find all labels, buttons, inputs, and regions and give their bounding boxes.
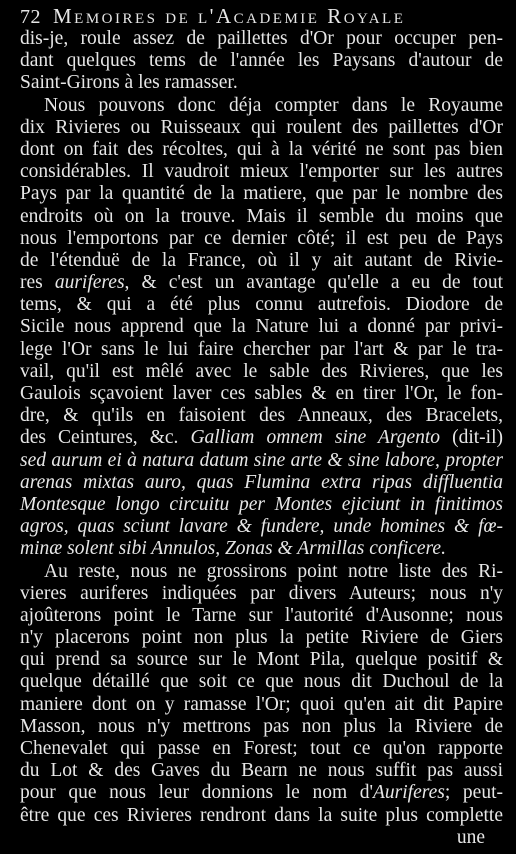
text-line: Pays par la quantité de la matiere, que … [20,183,503,205]
text-line: considérables. Il vaudroit mieux l'empor… [20,161,503,183]
text-line: Sicile nous apprend que la Nature lui a … [20,316,503,338]
text-line: ajoûterons point le Tarne sur l'autorité… [20,605,503,627]
text-line: dis-je, roule assez de paillettes d'Or p… [20,28,503,50]
text-line: nous l'emportons par ce dernier côté; il… [20,228,503,250]
text-line: dont on fait des récoltes, qui à la véri… [20,139,503,161]
text-line: endroits où on la trouve. Mais il semble… [20,206,503,228]
text-line: pour que nous leur donnions le nom d'Aur… [20,782,503,804]
text-line: n'y placerons point non plus la petite R… [20,627,503,649]
text-line: des Ceintures, &c. Galliam omnem sine Ar… [20,427,503,449]
page-header: 72 Memoires de l'Academie Royale [20,4,503,28]
text-line: arenas mixtas auro, quas Flumina extra r… [20,472,503,494]
text-segment: (dit-il) [440,427,503,448]
text-line: Saint-Girons à les ramasser. [20,72,503,94]
text-line: lege l'Or sans le lui faire chercher par… [20,339,503,361]
italic-phrase: Galliam omnem sine Argento [190,427,440,448]
text-segment: , & c'est un avantage qu'elle a eu de to… [125,272,503,293]
text-line: dre, & qu'ils en faisoient des Anneaux, … [20,405,503,427]
text-line: du Lot & des Gaves du Bearn ne nous suff… [20,760,503,782]
text-line: agros, quas sciunt lavare & fundere, und… [20,516,503,538]
text-line: être que ces Rivieres rendront dans la s… [20,805,503,827]
text-line: Nous pouvons donc déja compter dans le R… [20,95,503,117]
text-line: vieres auriferes indiquées par divers Au… [20,583,503,605]
text-line: de l'étenduë de la France, où il y ait a… [20,250,503,272]
text-line: Chenevalet qui passe en Forest; tout ce … [20,738,503,760]
page-number: 72 [20,6,41,29]
body-text: dis-je, roule assez de paillettes d'Or p… [20,28,503,849]
text-segment: res [20,272,55,293]
text-line: minæ solent sibi Annulos, Zonas & Armill… [20,538,503,560]
text-line: quelque détaillé que soit ce que nous di… [20,671,503,693]
text-line: res auriferes, & c'est un avantage qu'el… [20,272,503,294]
text-line: tems, & qui a été plus connu autrefois. … [20,294,503,316]
catchword: une [20,827,503,849]
italic-phrase: auriferes [55,272,125,293]
text-line: qui prend sa source sur le Mont Pila, qu… [20,649,503,671]
text-line: vail, qu'il est mêlé avec le sable des R… [20,361,503,383]
italic-phrase: Auriferes [373,782,445,803]
text-line: sed aurum ei à natura datum sine arte & … [20,450,503,472]
text-line: Au reste, nous ne grossirons point notre… [20,561,503,583]
text-line: Masson, nous n'y mettrons pas non plus l… [20,716,503,738]
text-line: Montesque longo circuitu per Montes ejic… [20,494,503,516]
text-segment: ; peut- [445,782,503,803]
text-segment: des Ceintures, &c. [20,427,190,448]
text-line: maniere dont on y ramasse l'Or; quoi qu'… [20,694,503,716]
text-line: Gaulois sçavoient laver ces sables & en … [20,383,503,405]
text-line: dant quelques tems de l'année les Paysan… [20,50,503,72]
text-segment: pour que nous leur donnions le nom d' [20,782,373,803]
text-line: dix Rivieres ou Ruisseaux qui roulent de… [20,117,503,139]
document-page: 72 Memoires de l'Academie Royale dis-je,… [20,4,503,849]
running-title: Memoires de l'Academie Royale [53,4,405,29]
